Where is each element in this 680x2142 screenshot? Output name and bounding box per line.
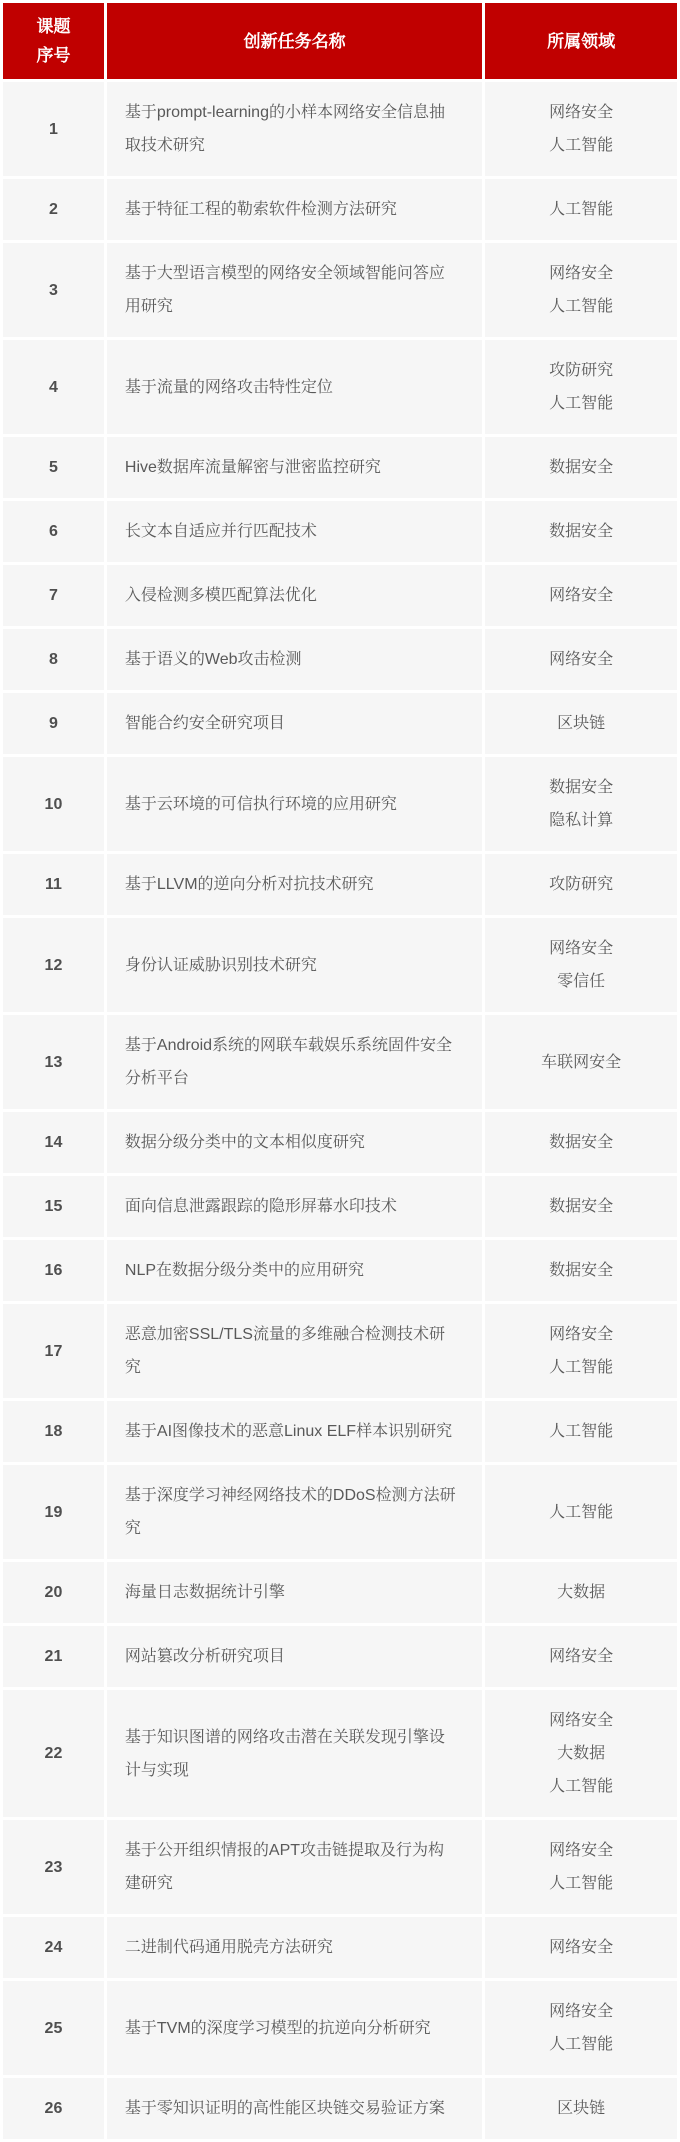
topic-number-cell: 13 xyxy=(3,1015,104,1109)
topic-number-cell: 1 xyxy=(3,82,104,176)
header-task-name: 创新任务名称 xyxy=(107,3,482,79)
domain-cell: 区块链 xyxy=(485,693,677,754)
task-name-cell: 基于特征工程的勒索软件检测方法研究 xyxy=(107,179,482,240)
task-name-cell: 基于TVM的深度学习模型的抗逆向分析研究 xyxy=(107,1981,482,2075)
domain-list: 攻防研究 xyxy=(489,868,673,901)
topic-number: 9 xyxy=(49,715,58,732)
domain-list: 网络安全零信任 xyxy=(489,932,673,998)
topic-number-cell: 2 xyxy=(3,179,104,240)
topic-number: 17 xyxy=(45,1343,63,1360)
domain-cell: 网络安全 xyxy=(485,1626,677,1687)
header-topic-number: 课题 序号 xyxy=(3,3,104,79)
domain-label: 网络安全 xyxy=(489,1704,673,1737)
research-topics-page: 课题 序号 创新任务名称 所属领域 1 基于prompt-learning的小样… xyxy=(0,0,680,2142)
domain-label: 人工智能 xyxy=(489,129,673,162)
domain-list: 车联网安全 xyxy=(489,1046,673,1079)
topic-number-cell: 26 xyxy=(3,2078,104,2139)
topic-number: 15 xyxy=(45,1198,63,1215)
domain-label: 网络安全 xyxy=(489,932,673,965)
table-row: 7 入侵检测多模匹配算法优化 网络安全 xyxy=(3,565,677,626)
domain-cell: 网络安全大数据人工智能 xyxy=(485,1690,677,1817)
topic-number: 1 xyxy=(49,121,58,138)
topic-number-cell: 14 xyxy=(3,1112,104,1173)
topic-number-cell: 23 xyxy=(3,1820,104,1914)
topic-number-cell: 22 xyxy=(3,1690,104,1817)
task-name: Hive数据库流量解密与泄密监控研究 xyxy=(125,459,381,476)
table-row: 14 数据分级分类中的文本相似度研究 数据安全 xyxy=(3,1112,677,1173)
topic-number: 23 xyxy=(45,1859,63,1876)
topic-number-cell: 12 xyxy=(3,918,104,1012)
topic-number: 26 xyxy=(45,2100,63,2117)
table-row: 9 智能合约安全研究项目 区块链 xyxy=(3,693,677,754)
topic-number: 14 xyxy=(45,1134,63,1151)
task-name-cell: 基于LLVM的逆向分析对抗技术研究 xyxy=(107,854,482,915)
topic-number: 25 xyxy=(45,2020,63,2037)
domain-label: 人工智能 xyxy=(489,1867,673,1900)
domain-cell: 数据安全 xyxy=(485,1176,677,1237)
task-name: 基于LLVM的逆向分析对抗技术研究 xyxy=(125,876,374,893)
domain-cell: 人工智能 xyxy=(485,1401,677,1462)
task-name-cell: 基于深度学习神经网络技术的DDoS检测方法研究 xyxy=(107,1465,482,1559)
domain-label: 攻防研究 xyxy=(489,354,673,387)
table-row: 4 基于流量的网络攻击特性定位 攻防研究人工智能 xyxy=(3,340,677,434)
table-row: 21 网站篡改分析研究项目 网络安全 xyxy=(3,1626,677,1687)
domain-cell: 车联网安全 xyxy=(485,1015,677,1109)
domain-cell: 区块链 xyxy=(485,2078,677,2139)
task-name: 基于prompt-learning的小样本网络安全信息抽取技术研究 xyxy=(125,104,445,154)
task-name-cell: 基于知识图谱的网络攻击潜在关联发现引擎设计与实现 xyxy=(107,1690,482,1817)
task-name-cell: 海量日志数据统计引擎 xyxy=(107,1562,482,1623)
task-name: 长文本自适应并行匹配技术 xyxy=(125,523,317,540)
domain-list: 数据安全 xyxy=(489,1254,673,1287)
topic-number-cell: 5 xyxy=(3,437,104,498)
task-name: 二进制代码通用脱壳方法研究 xyxy=(125,1939,333,1956)
table-row: 20 海量日志数据统计引擎 大数据 xyxy=(3,1562,677,1623)
task-name-cell: 身份认证威胁识别技术研究 xyxy=(107,918,482,1012)
topic-number-cell: 17 xyxy=(3,1304,104,1398)
topic-number-cell: 7 xyxy=(3,565,104,626)
domain-label: 数据安全 xyxy=(489,515,673,548)
table-row: 19 基于深度学习神经网络技术的DDoS检测方法研究 人工智能 xyxy=(3,1465,677,1559)
task-name: 面向信息泄露跟踪的隐形屏幕水印技术 xyxy=(125,1198,397,1215)
task-name: 基于流量的网络攻击特性定位 xyxy=(125,379,333,396)
domain-cell: 数据安全隐私计算 xyxy=(485,757,677,851)
table-row: 16 NLP在数据分级分类中的应用研究 数据安全 xyxy=(3,1240,677,1301)
task-name-cell: 智能合约安全研究项目 xyxy=(107,693,482,754)
domain-label: 网络安全 xyxy=(489,1931,673,1964)
domain-label: 大数据 xyxy=(489,1737,673,1770)
domain-label: 数据安全 xyxy=(489,1126,673,1159)
task-name: 基于语义的Web攻击检测 xyxy=(125,651,302,668)
domain-label: 区块链 xyxy=(489,707,673,740)
domain-label: 车联网安全 xyxy=(489,1046,673,1079)
table-row: 15 面向信息泄露跟踪的隐形屏幕水印技术 数据安全 xyxy=(3,1176,677,1237)
topic-number-cell: 20 xyxy=(3,1562,104,1623)
task-name: 身份认证威胁识别技术研究 xyxy=(125,957,317,974)
task-name: 入侵检测多模匹配算法优化 xyxy=(125,587,317,604)
domain-label: 网络安全 xyxy=(489,1995,673,2028)
domain-label: 人工智能 xyxy=(489,1496,673,1529)
task-name: 基于公开组织情报的APT攻击链提取及行为构建研究 xyxy=(125,1842,444,1892)
table-row: 12 身份认证威胁识别技术研究 网络安全零信任 xyxy=(3,918,677,1012)
domain-cell: 网络安全 xyxy=(485,565,677,626)
topic-number-cell: 4 xyxy=(3,340,104,434)
domain-cell: 网络安全人工智能 xyxy=(485,243,677,337)
topic-number: 20 xyxy=(45,1584,63,1601)
domain-cell: 网络安全 xyxy=(485,629,677,690)
domain-label: 网络安全 xyxy=(489,96,673,129)
task-name: NLP在数据分级分类中的应用研究 xyxy=(125,1262,364,1279)
table-row: 24 二进制代码通用脱壳方法研究 网络安全 xyxy=(3,1917,677,1978)
topic-number-cell: 3 xyxy=(3,243,104,337)
domain-label: 人工智能 xyxy=(489,290,673,323)
domain-list: 人工智能 xyxy=(489,1496,673,1529)
task-name: 基于深度学习神经网络技术的DDoS检测方法研究 xyxy=(125,1487,456,1537)
domain-cell: 攻防研究人工智能 xyxy=(485,340,677,434)
domain-label: 零信任 xyxy=(489,965,673,998)
table-row: 11 基于LLVM的逆向分析对抗技术研究 攻防研究 xyxy=(3,854,677,915)
table-row: 3 基于大型语言模型的网络安全领域智能问答应用研究 网络安全人工智能 xyxy=(3,243,677,337)
topic-number: 8 xyxy=(49,651,58,668)
topic-number: 19 xyxy=(45,1504,63,1521)
task-name-cell: 入侵检测多模匹配算法优化 xyxy=(107,565,482,626)
domain-list: 网络安全大数据人工智能 xyxy=(489,1704,673,1803)
topic-number-cell: 19 xyxy=(3,1465,104,1559)
topic-number: 13 xyxy=(45,1054,63,1071)
domain-label: 网络安全 xyxy=(489,257,673,290)
domain-list: 网络安全 xyxy=(489,643,673,676)
domain-list: 数据安全 xyxy=(489,515,673,548)
table-body: 1 基于prompt-learning的小样本网络安全信息抽取技术研究 网络安全… xyxy=(3,82,677,2139)
table-row: 1 基于prompt-learning的小样本网络安全信息抽取技术研究 网络安全… xyxy=(3,82,677,176)
task-name-cell: 基于大型语言模型的网络安全领域智能问答应用研究 xyxy=(107,243,482,337)
table-row: 2 基于特征工程的勒索软件检测方法研究 人工智能 xyxy=(3,179,677,240)
domain-label: 网络安全 xyxy=(489,1318,673,1351)
topic-number-cell: 25 xyxy=(3,1981,104,2075)
topic-number: 24 xyxy=(45,1939,63,1956)
domain-label: 网络安全 xyxy=(489,643,673,676)
table-row: 5 Hive数据库流量解密与泄密监控研究 数据安全 xyxy=(3,437,677,498)
domain-label: 人工智能 xyxy=(489,1351,673,1384)
domain-label: 攻防研究 xyxy=(489,868,673,901)
domain-label: 数据安全 xyxy=(489,451,673,484)
domain-label: 区块链 xyxy=(489,2092,673,2125)
task-name-cell: 网站篡改分析研究项目 xyxy=(107,1626,482,1687)
topic-number: 21 xyxy=(45,1648,63,1665)
task-name-cell: 基于AI图像技术的恶意Linux ELF样本识别研究 xyxy=(107,1401,482,1462)
domain-cell: 网络安全人工智能 xyxy=(485,1820,677,1914)
task-name: 基于AI图像技术的恶意Linux ELF样本识别研究 xyxy=(125,1423,452,1440)
research-topics-table: 课题 序号 创新任务名称 所属领域 1 基于prompt-learning的小样… xyxy=(0,0,680,2142)
domain-label: 网络安全 xyxy=(489,1640,673,1673)
domain-label: 人工智能 xyxy=(489,1415,673,1448)
task-name-cell: 长文本自适应并行匹配技术 xyxy=(107,501,482,562)
domain-list: 网络安全 xyxy=(489,1931,673,1964)
domain-label: 网络安全 xyxy=(489,1834,673,1867)
domain-list: 区块链 xyxy=(489,2092,673,2125)
table-row: 13 基于Android系统的网联车载娱乐系统固件安全分析平台 车联网安全 xyxy=(3,1015,677,1109)
task-name-cell: 基于prompt-learning的小样本网络安全信息抽取技术研究 xyxy=(107,82,482,176)
topic-number-cell: 21 xyxy=(3,1626,104,1687)
domain-cell: 数据安全 xyxy=(485,501,677,562)
domain-list: 数据安全隐私计算 xyxy=(489,771,673,837)
header-row: 课题 序号 创新任务名称 所属领域 xyxy=(3,3,677,79)
topic-number-cell: 6 xyxy=(3,501,104,562)
table-row: 17 恶意加密SSL/TLS流量的多维融合检测技术研究 网络安全人工智能 xyxy=(3,1304,677,1398)
domain-label: 数据安全 xyxy=(489,1190,673,1223)
domain-list: 网络安全人工智能 xyxy=(489,1834,673,1900)
topic-number-cell: 24 xyxy=(3,1917,104,1978)
topic-number: 5 xyxy=(49,459,58,476)
topic-number-cell: 18 xyxy=(3,1401,104,1462)
topic-number: 3 xyxy=(49,282,58,299)
table-row: 10 基于云环境的可信执行环境的应用研究 数据安全隐私计算 xyxy=(3,757,677,851)
task-name: 海量日志数据统计引擎 xyxy=(125,1584,285,1601)
task-name-cell: 基于语义的Web攻击检测 xyxy=(107,629,482,690)
domain-list: 网络安全人工智能 xyxy=(489,1318,673,1384)
task-name-cell: 恶意加密SSL/TLS流量的多维融合检测技术研究 xyxy=(107,1304,482,1398)
topic-number-cell: 11 xyxy=(3,854,104,915)
domain-cell: 网络安全 xyxy=(485,1917,677,1978)
table-row: 22 基于知识图谱的网络攻击潜在关联发现引擎设计与实现 网络安全大数据人工智能 xyxy=(3,1690,677,1817)
topic-number: 2 xyxy=(49,201,58,218)
task-name-cell: 数据分级分类中的文本相似度研究 xyxy=(107,1112,482,1173)
domain-list: 数据安全 xyxy=(489,1126,673,1159)
domain-list: 网络安全人工智能 xyxy=(489,1995,673,2061)
header-domain: 所属领域 xyxy=(485,3,677,79)
topic-number-cell: 10 xyxy=(3,757,104,851)
domain-label: 人工智能 xyxy=(489,387,673,420)
task-name: 恶意加密SSL/TLS流量的多维融合检测技术研究 xyxy=(125,1326,445,1376)
domain-list: 区块链 xyxy=(489,707,673,740)
domain-cell: 网络安全人工智能 xyxy=(485,1981,677,2075)
topic-number: 16 xyxy=(45,1262,63,1279)
topic-number-cell: 16 xyxy=(3,1240,104,1301)
domain-list: 人工智能 xyxy=(489,1415,673,1448)
task-name-cell: 基于公开组织情报的APT攻击链提取及行为构建研究 xyxy=(107,1820,482,1914)
table-row: 26 基于零知识证明的高性能区块链交易验证方案 区块链 xyxy=(3,2078,677,2139)
domain-list: 网络安全人工智能 xyxy=(489,257,673,323)
task-name-cell: 基于云环境的可信执行环境的应用研究 xyxy=(107,757,482,851)
topic-number: 11 xyxy=(45,876,62,893)
domain-list: 网络安全 xyxy=(489,1640,673,1673)
topic-number-cell: 9 xyxy=(3,693,104,754)
domain-list: 网络安全 xyxy=(489,579,673,612)
domain-list: 大数据 xyxy=(489,1576,673,1609)
task-name-cell: Hive数据库流量解密与泄密监控研究 xyxy=(107,437,482,498)
domain-list: 数据安全 xyxy=(489,1190,673,1223)
domain-label: 人工智能 xyxy=(489,2028,673,2061)
domain-cell: 攻防研究 xyxy=(485,854,677,915)
domain-cell: 人工智能 xyxy=(485,179,677,240)
task-name: 数据分级分类中的文本相似度研究 xyxy=(125,1134,365,1151)
domain-label: 人工智能 xyxy=(489,1770,673,1803)
table-row: 8 基于语义的Web攻击检测 网络安全 xyxy=(3,629,677,690)
header-topic-number-line2: 序号 xyxy=(3,41,104,70)
domain-cell: 人工智能 xyxy=(485,1465,677,1559)
domain-label: 隐私计算 xyxy=(489,804,673,837)
table-row: 18 基于AI图像技术的恶意Linux ELF样本识别研究 人工智能 xyxy=(3,1401,677,1462)
header-topic-number-line1: 课题 xyxy=(3,12,104,41)
task-name: 基于Android系统的网联车载娱乐系统固件安全分析平台 xyxy=(125,1037,452,1087)
topic-number: 10 xyxy=(45,796,63,813)
task-name-cell: 二进制代码通用脱壳方法研究 xyxy=(107,1917,482,1978)
table-row: 23 基于公开组织情报的APT攻击链提取及行为构建研究 网络安全人工智能 xyxy=(3,1820,677,1914)
task-name-cell: 面向信息泄露跟踪的隐形屏幕水印技术 xyxy=(107,1176,482,1237)
task-name-cell: 基于零知识证明的高性能区块链交易验证方案 xyxy=(107,2078,482,2139)
task-name-cell: 基于流量的网络攻击特性定位 xyxy=(107,340,482,434)
domain-label: 数据安全 xyxy=(489,1254,673,1287)
table-row: 6 长文本自适应并行匹配技术 数据安全 xyxy=(3,501,677,562)
task-name: 网站篡改分析研究项目 xyxy=(125,1648,285,1665)
domain-list: 人工智能 xyxy=(489,193,673,226)
task-name: 基于零知识证明的高性能区块链交易验证方案 xyxy=(125,2100,445,2117)
task-name: 基于特征工程的勒索软件检测方法研究 xyxy=(125,201,397,218)
domain-cell: 数据安全 xyxy=(485,1240,677,1301)
topic-number: 7 xyxy=(49,587,58,604)
task-name: 智能合约安全研究项目 xyxy=(125,715,285,732)
domain-cell: 数据安全 xyxy=(485,1112,677,1173)
topic-number-cell: 15 xyxy=(3,1176,104,1237)
topic-number: 18 xyxy=(45,1423,63,1440)
task-name: 基于云环境的可信执行环境的应用研究 xyxy=(125,796,397,813)
domain-cell: 网络安全零信任 xyxy=(485,918,677,1012)
topic-number: 12 xyxy=(45,957,63,974)
topic-number: 22 xyxy=(45,1745,63,1762)
task-name: 基于大型语言模型的网络安全领域智能问答应用研究 xyxy=(125,265,445,315)
domain-label: 人工智能 xyxy=(489,193,673,226)
domain-list: 数据安全 xyxy=(489,451,673,484)
task-name: 基于知识图谱的网络攻击潜在关联发现引擎设计与实现 xyxy=(125,1729,445,1779)
topic-number-cell: 8 xyxy=(3,629,104,690)
table-row: 25 基于TVM的深度学习模型的抗逆向分析研究 网络安全人工智能 xyxy=(3,1981,677,2075)
topic-number: 6 xyxy=(49,523,58,540)
task-name: 基于TVM的深度学习模型的抗逆向分析研究 xyxy=(125,2020,431,2037)
task-name-cell: NLP在数据分级分类中的应用研究 xyxy=(107,1240,482,1301)
domain-cell: 大数据 xyxy=(485,1562,677,1623)
domain-cell: 网络安全人工智能 xyxy=(485,1304,677,1398)
domain-list: 攻防研究人工智能 xyxy=(489,354,673,420)
task-name-cell: 基于Android系统的网联车载娱乐系统固件安全分析平台 xyxy=(107,1015,482,1109)
domain-label: 网络安全 xyxy=(489,579,673,612)
domain-cell: 网络安全人工智能 xyxy=(485,82,677,176)
domain-label: 大数据 xyxy=(489,1576,673,1609)
domain-label: 数据安全 xyxy=(489,771,673,804)
domain-list: 网络安全人工智能 xyxy=(489,96,673,162)
domain-cell: 数据安全 xyxy=(485,437,677,498)
topic-number: 4 xyxy=(49,379,58,396)
